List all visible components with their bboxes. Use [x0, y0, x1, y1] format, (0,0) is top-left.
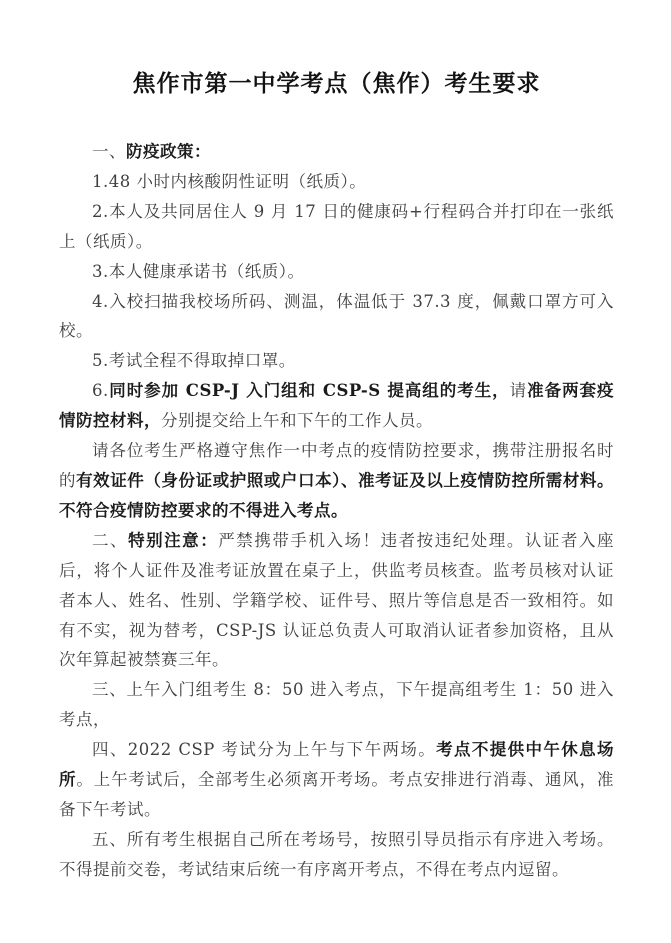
section-4-sessions: 四、2022 CSP 考试分为上午与下午两场。考点不提供中午休息场所。上午考试后… [59, 735, 614, 825]
section-3-entry-times: 三、上午入门组考生 8：50 进入考点，下午提高组考生 1：50 进入考点， [59, 675, 614, 735]
text-segment: 5.考试全程不得取掉口罩。 [92, 351, 296, 370]
text-segment: 3.本人健康承诺书（纸质）。 [92, 262, 305, 281]
document-title: 焦作市第一中学考点（焦作）考生要求 [59, 68, 614, 100]
document-body: 一、防疫政策：1.48 小时内核酸阴性证明（纸质）。2.本人及共同居住人 9 月… [59, 137, 614, 885]
text-segment: 6. [92, 381, 109, 400]
item-4: 4.入校扫描我校场所码、测温，体温低于 37.3 度，佩戴口罩方可入校。 [59, 287, 614, 347]
text-segment: 1.48 小时内核酸阴性证明（纸质）。 [92, 172, 366, 191]
document-page: 焦作市第一中学考点（焦作）考生要求 一、防疫政策：1.48 小时内核酸阴性证明（… [0, 0, 671, 943]
text-segment: 五、所有考生根据自己所在考场号，按照引导员指示有序进入考场。不得提前交卷，考试结… [59, 830, 614, 879]
text-segment: 请 [510, 381, 527, 400]
item-1: 1.48 小时内核酸阴性证明（纸质）。 [59, 167, 614, 197]
text-segment: 分别提交给上午和下午的工作人员。 [161, 411, 433, 430]
text-segment-bold: 同时参加 CSP-J 入门组和 CSP-S 提高组的考生， [109, 381, 510, 400]
text-segment: 一、 [92, 142, 126, 161]
text-segment-bold: 特别注意： [128, 531, 218, 550]
item-6: 6.同时参加 CSP-J 入门组和 CSP-S 提高组的考生，请准备两套疫情防控… [59, 376, 614, 436]
text-segment: 严禁携带手机入场！违者按违纪处理。认证者入座后，将个人证件及准考证放置在桌子上，… [59, 531, 614, 670]
section-2-special-notice: 二、特别注意：严禁携带手机入场！违者按违纪处理。认证者入座后，将个人证件及准考证… [59, 526, 614, 676]
text-segment: 。上午考试后，全部考生必须离开考场。考点安排进行消毒、通风，准备下午考试。 [59, 770, 614, 819]
item-3: 3.本人健康承诺书（纸质）。 [59, 257, 614, 287]
section-1-heading: 一、防疫政策： [59, 137, 614, 167]
text-segment: 三、上午入门组考生 8：50 进入考点，下午提高组考生 1：50 进入考点， [59, 680, 614, 729]
para-epidemic-materials: 请各位考生严格遵守焦作一中考点的疫情防控要求，携带注册报名时的有效证件（身份证或… [59, 436, 614, 526]
text-segment: 2.本人及共同居住人 9 月 17 日的健康码+行程码合并打印在一张纸上（纸质）… [59, 202, 614, 251]
text-segment: 4.入校扫描我校场所码、测温，体温低于 37.3 度，佩戴口罩方可入校。 [59, 292, 614, 341]
section-5-exit-rules: 五、所有考生根据自己所在考场号，按照引导员指示有序进入考场。不得提前交卷，考试结… [59, 825, 614, 885]
text-segment: 四、2022 CSP 考试分为上午与下午两场。 [92, 740, 436, 759]
text-segment: 二、 [92, 531, 128, 550]
item-5: 5.考试全程不得取掉口罩。 [59, 346, 614, 376]
text-segment-bold: 有效证件（身份证或护照或户口本）、准考证及以上疫情防控所需材料。不符合疫情防控要… [59, 471, 614, 520]
text-segment-bold: 防疫政策： [126, 142, 211, 161]
item-2: 2.本人及共同居住人 9 月 17 日的健康码+行程码合并打印在一张纸上（纸质）… [59, 197, 614, 257]
